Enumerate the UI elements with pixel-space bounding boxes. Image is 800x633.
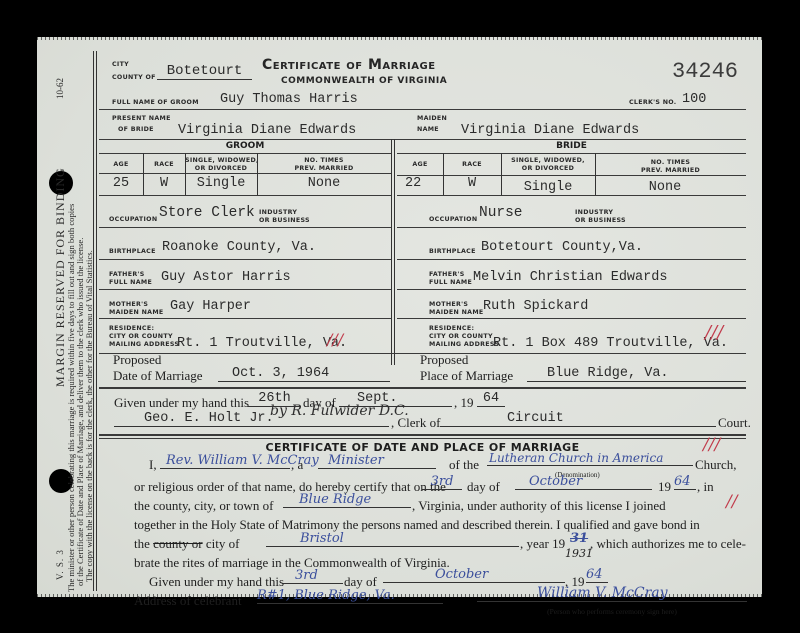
bond-city: Bristol (266, 531, 519, 547)
groom-birthplace: Roanoke County, Va. (162, 240, 316, 255)
proposed-date-label: Date of Marriage (113, 368, 203, 384)
celebration-title-mark: /// (703, 435, 720, 455)
marriage-place: Blue Ridge (283, 492, 411, 508)
groom-heading: GROOM (99, 141, 391, 151)
bride-status: Single (501, 180, 595, 195)
margin-rule (93, 51, 94, 591)
perforation-top (37, 37, 762, 40)
groom-age-header: AGE (99, 161, 143, 169)
groom-age: 25 (99, 176, 143, 191)
marriage-month: October (515, 474, 652, 490)
clerk-number-label: CLERK'S NO. (629, 99, 677, 107)
marriage-day: 3rd (422, 474, 462, 490)
bride-heading: BRIDE (397, 141, 746, 151)
bride-residence: Rt. 1 Box 489 Troutville, Va. (493, 336, 728, 351)
court-type: Circuit (440, 411, 716, 427)
bride-age-header: AGE (397, 161, 443, 169)
groom-father: Guy Astor Harris (161, 270, 291, 285)
certificate-number: 34246 (672, 59, 738, 84)
groom-occupation: Store Clerk (159, 205, 255, 221)
groom-residence-label: RESIDENCE:CITY OR COUNTYMAILING ADDRESS (109, 325, 179, 349)
license-year-prefix: , 19 (454, 395, 474, 411)
bride-maiden-name: Virginia Diane Edwards (461, 123, 639, 138)
clerk-signature: by R. Fulwider D.C. (270, 403, 409, 419)
certificate-subtitle: COMMONWEALTH OF VIRGINIA (281, 76, 447, 86)
bride-occupation: Nurse (479, 205, 523, 221)
groom-mother-label: MOTHER'SMAIDEN NAME (109, 301, 163, 317)
bond-year-correction: 1931 (565, 547, 593, 560)
groom-occupation-label: OCCUPATION (109, 216, 157, 224)
bride-mother: Ruth Spickard (483, 299, 588, 314)
bride-father: Melvin Christian Edwards (473, 270, 667, 285)
celebrant-instructions: The minister or other person celebrating… (67, 204, 94, 592)
line1-church: Church, (695, 457, 737, 473)
license-year: 64 (477, 391, 505, 407)
bride-mother-label: MOTHER'SMAIDEN NAME (429, 301, 483, 317)
bride-birthplace: Botetourt County,Va. (481, 240, 643, 255)
proposed-place-value: Blue Ridge, Va. (527, 366, 746, 382)
bride-residence-label: RESIDENCE:CITY OR COUNTYMAILING ADDRESS (429, 325, 499, 349)
proposed-place-label-top: Proposed (420, 352, 468, 368)
celebration-given-month: October (383, 567, 565, 583)
bride-father-label: FATHER'SFULL NAME (429, 271, 472, 287)
groom-race-header: RACE (143, 161, 185, 169)
margin-rule-inner (96, 51, 97, 591)
clerk-of-label: , Clerk of (391, 415, 440, 431)
proposed-place-label: Place of Marriage (420, 368, 513, 384)
form-id: V. S. 3 (55, 549, 65, 580)
groom-residence: Rt. 1 Troutville, Va. (177, 336, 347, 351)
groom-name-value: Guy Thomas Harris (220, 92, 358, 107)
line2-year-prefix: 19 (658, 479, 671, 495)
marriage-certificate: 10-62 MARGIN RESERVED FOR BINDING The mi… (37, 37, 762, 597)
signature-caption: (Person who performs ceremony sign here) (477, 607, 747, 616)
county-label: COUNTY OF (112, 74, 156, 82)
present-name-label: PRESENT NAMEOF BRIDE (112, 115, 171, 134)
line3-mark: // (726, 492, 737, 512)
celebrant-address: R#1, Blue Ridge, Va. (257, 588, 443, 604)
groom-times-header: NO. TIMESPREV. MARRIED (257, 157, 391, 173)
court-suffix: Court. (718, 415, 751, 431)
groom-mother: Gay Harper (170, 299, 251, 314)
groom-father-label: FATHER'SFULL NAME (109, 271, 152, 287)
proposed-date-value: Oct. 3, 1964 (218, 366, 390, 382)
groom-residence-mark: /// (327, 330, 343, 349)
certificate-title: Certificate of Marriage (262, 57, 436, 73)
celebrant-address-label: Address of celebrant (134, 593, 242, 609)
line2-in: , in (697, 479, 714, 495)
clerk-number-value: 100 (682, 92, 706, 107)
center-divider (391, 139, 392, 365)
line1-a: , a (291, 457, 303, 473)
celebrant-title: Minister (318, 453, 436, 469)
county-value: Botetourt (157, 63, 252, 80)
line3-text: the county, city, or town of (134, 498, 273, 514)
denomination: Lutheran Church in America (487, 451, 693, 466)
groom-status-header: SINGLE, WIDOWED,OR DIVORCED (185, 157, 257, 173)
bond-year-struck: 31 (570, 531, 588, 546)
celebration-given-day: 3rd (283, 568, 343, 584)
proposed-date-label-top: Proposed (113, 352, 161, 368)
bride-present-name: Virginia Diane Edwards (178, 123, 356, 138)
line5-rest: , which authorizes me to cele- (590, 536, 746, 552)
bride-times-header: NO. TIMESPREV. MARRIED (595, 159, 746, 175)
marriage-year: 64 (674, 474, 696, 490)
bride-industry-label: INDUSTRYOR BUSINESS (575, 209, 626, 225)
maiden-name-label: MAIDENNAME (417, 115, 447, 134)
bride-race: W (443, 176, 501, 191)
celebration-given-year: 64 (586, 567, 608, 583)
line3-rest: , Virginia, under authority of this lice… (412, 498, 666, 514)
line5-year-prefix: , year 19 (520, 536, 565, 552)
city-label: CITY (112, 61, 129, 69)
groom-status: Single (185, 176, 257, 191)
form-code: 10-62 (55, 78, 65, 99)
line1-i: I, (149, 457, 157, 473)
bride-birthplace-label: BIRTHPLACE (429, 248, 476, 256)
bride-race-header: RACE (443, 161, 501, 169)
groom-race: W (143, 176, 185, 191)
groom-industry-label: INDUSTRYOR BUSINESS (259, 209, 310, 225)
groom-times-married: None (257, 176, 391, 191)
line1-of: of the (449, 457, 479, 473)
bride-times-married: None (595, 180, 735, 195)
bride-occupation-label: OCCUPATION (429, 216, 477, 224)
bride-status-header: SINGLE, WIDOWED,OR DIVORCED (501, 157, 595, 173)
bride-residence-mark: /// (705, 322, 723, 343)
groom-birthplace-label: BIRTHPLACE (109, 248, 156, 256)
line5-text: the county or city of (134, 536, 239, 552)
license-given-text: Given under my hand this (114, 395, 249, 411)
groom-name-label: FULL NAME OF GROOM (112, 99, 199, 107)
celebrant-signature: William V. McCray (477, 585, 747, 602)
celebrant-name: Rev. William V. McCray (160, 453, 290, 469)
bride-age: 22 (405, 176, 421, 191)
line2-day-of: day of (467, 479, 500, 495)
